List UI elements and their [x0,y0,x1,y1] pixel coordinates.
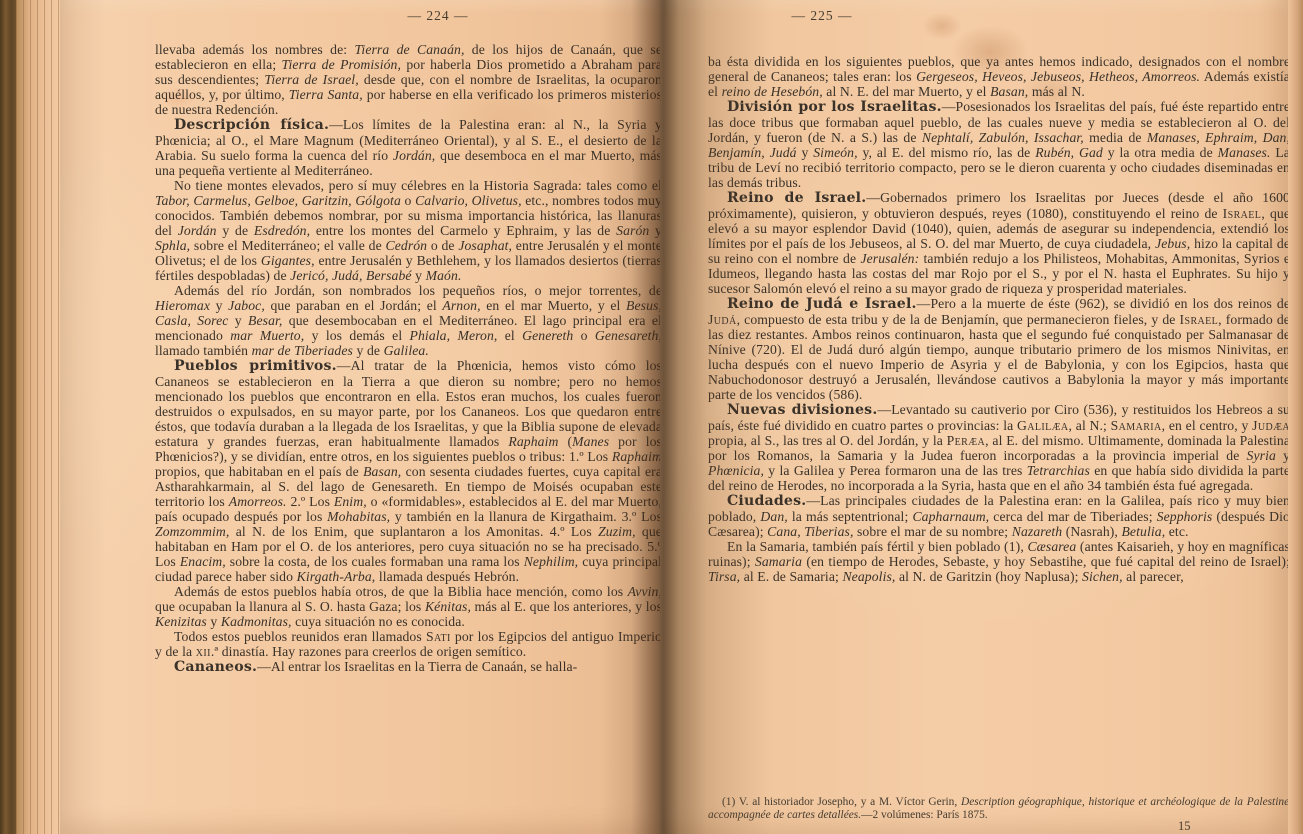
text-run: más al N. [1028,84,1085,99]
text-run: Gergeseos, Heveos, Jebuseos, Hetheos, Am… [916,69,1200,84]
text-run: llamada después Hebrón. [375,569,519,584]
text-run: Tetrarchias [1027,463,1090,478]
text-run: —2 volúmenes: París 1875. [861,809,988,821]
text-run: Cæsarea [1027,539,1076,554]
text-run: , al N.; [1069,418,1111,433]
text-run: Josaphat, [458,238,512,253]
text-run: Manases. [1218,145,1271,160]
text-run: y la otra media de [1103,145,1218,160]
text-run: la más septentrional; [788,509,913,524]
paragraph: ba ésta dividida en los siguientes puebl… [708,54,1290,99]
text-run: Jaboc, [228,298,265,313]
text-run: Nephilim, [524,554,579,569]
page-225-text: ba ésta dividida en los siguientes puebl… [708,54,1290,584]
page-225: — 225 — ba ésta dividida en los siguient… [660,0,1288,834]
book-cover-edge [0,0,16,834]
text-run: o de [427,238,458,253]
text-run: cuya situación no es conocida. [292,614,465,629]
text-run: Kénitas, [425,599,471,614]
text-run: Sepphoris [1157,509,1213,524]
text-run: (1) V. al historiador Josepho, y a M. Ví… [722,796,961,808]
paragraph: Además de estos pueblos había otros, de … [155,584,662,629]
text-run: Jericó, Judá, Bersabé [290,268,411,283]
text-run: y [412,268,426,283]
text-run: Enacim, [180,554,226,569]
text-run: (Nasrah), [1062,524,1121,539]
text-run: Amorreos. [229,494,287,509]
text-run: Neapolis, [842,569,895,584]
text-run: Syria [1247,448,1276,463]
paragraph: Pueblos primitivos.—Al tratar de la Phœn… [155,358,662,584]
text-run: Tierra de Canaán, [354,42,464,57]
text-run: o [573,328,595,343]
text-run: Kadmonitas, [221,614,292,629]
text-run: Besar, [248,313,282,328]
text-run: reino de Hesebón, [722,84,823,99]
text-run: sobre el mar de su nombre; [853,524,1011,539]
text-run: Enim, [334,494,367,509]
paragraph: No tiene montes elevados, pero sí muy cé… [155,178,662,283]
text-run: .ª dinastía. Hay razones para creerlos d… [211,644,527,659]
text-run: propia, al S., las tres al O. del Jordán… [708,433,947,448]
text-run: Sichen, [1082,569,1123,584]
text-run: En la Samaria, también país fértil y bie… [727,539,1027,554]
text-run: Nazareth [1012,524,1062,539]
text-run: Jebus, [1155,236,1190,251]
text-run: Tabor, Carmelus, Gelboe, Garitzin, Gólgo… [155,193,401,208]
text-run: Cedrón [385,238,427,253]
text-run: o [401,193,415,208]
text-run: Todos estos pueblos reunidos eran llamad… [174,629,426,644]
text-run: más al E. que los anteriores, y los [471,599,662,614]
text-run: y la Galilea y Perea formaron una de las… [764,463,1027,478]
book-spread: — 224 — llevaba además los nombres de: T… [0,0,1303,834]
text-run: Phœnicia, [708,463,764,478]
paragraph: Reino de Israel.—Gobernados primero los … [708,190,1290,296]
text-run: Raphaim [508,434,558,449]
text-run: entre los montes del Carmelo y Ephraim, … [310,223,616,238]
text-run: Israel [1180,312,1219,327]
text-run: y [797,145,814,160]
text-run: Pueblos primitivos. [174,358,337,374]
text-run: Zuzim, [598,524,636,539]
text-run: Gigantes, [261,253,315,268]
text-run: Tierra de Israel, [264,72,358,87]
text-run: mar Muerto, [230,328,304,343]
text-run: Basan, [990,84,1028,99]
paragraph: Además del río Jordán, son nombrados los… [155,283,662,358]
text-run: Cana, Tiberias, [767,524,853,539]
text-run: que paraban en el Jordán; el [265,298,443,313]
text-run: y también en la llanura de Kirgathaim. 3… [390,509,662,524]
text-run: , en el centro, y [1162,418,1252,433]
text-run: Sati [426,629,451,644]
page-number-right: — 225 — [742,8,902,24]
text-run: Zomzommim, [155,524,229,539]
text-run: y [228,313,248,328]
paragraph: Todos estos pueblos reunidos eran llamad… [155,629,662,659]
text-run: Sphla, [155,238,190,253]
text-run: Basan, [363,464,401,479]
page-edge-right [1288,0,1303,834]
text-run: propios, que habitaban en el país de [155,464,363,479]
text-run: Sarón [616,223,649,238]
paragraph: En la Samaria, también país fértil y bie… [708,539,1290,584]
text-run: al N. de los Enim, que suplantaron a los… [229,524,598,539]
text-run: etc. [1165,524,1188,539]
text-run: xii [196,644,211,659]
text-run: en el mar Muerto, y el [481,298,626,313]
text-run: Kenizitas [155,614,207,629]
page-number-left: — 224 — [318,8,558,24]
text-run: Genereth [522,328,573,343]
text-run: Judæa [1252,418,1290,433]
text-run: Raphaim [612,449,662,464]
text-run: Reino de Judá e Israel. [727,296,917,312]
text-run: Kirgath-Arba, [297,569,376,584]
text-run: sobre el Mediterráneo; el valle de [190,238,385,253]
text-run: el [497,328,522,343]
text-run: Arnon, [442,298,480,313]
text-run: Avvin, [628,584,662,599]
text-run: media de [1084,130,1147,145]
text-run: Calvario, Olivetus, [415,193,522,208]
text-run: Tierra Santa, [289,87,363,102]
text-run: al N. de Garitzin (hoy Naplusa); [895,569,1082,584]
text-run: Rubén, Gad [1035,145,1103,160]
text-run: Esdredón, [254,223,310,238]
text-run: Genesareth, [595,328,662,343]
paragraph: llevaba además los nombres de: Tierra de… [155,42,662,117]
text-run: y, al E. del mismo río, las de [858,145,1036,160]
text-run: Capharnaum, [912,509,989,524]
text-run: Además de estos pueblos había otros, de … [174,584,628,599]
text-run: y los demás el [304,328,409,343]
text-run: Phiala, Meron, [410,328,498,343]
page-224: — 224 — llevaba además los nombres de: T… [60,0,660,834]
text-run: ( [558,434,572,449]
text-run: Maón. [426,268,462,283]
text-run: al parecer, [1123,569,1184,584]
page-224-text: llevaba además los nombres de: Tierra de… [155,42,662,675]
paragraph: Reino de Judá e Israel.—Pero a la muerte… [708,296,1290,402]
text-run: Jordán [178,223,217,238]
paragraph: Nuevas divisiones.—Levantado su cautiver… [708,402,1290,493]
text-run: —Pero a la muerte de éste (962), se divi… [917,296,1290,311]
text-run: Jerusalén: [860,251,919,266]
text-run: Cananeos. [174,659,257,675]
text-run: y [207,614,221,629]
text-run: Además del río Jordán, son nombrados los… [174,283,662,298]
text-run: Mohabitas, [327,509,390,524]
text-run: llamado también [155,343,252,358]
text-run: Peræa [947,433,986,448]
text-run: Simeón, [813,145,857,160]
text-run: No tiene montes elevados, pero sí muy cé… [174,178,662,193]
text-run: y de [353,343,384,358]
text-run: Betulia, [1121,524,1165,539]
text-run: Samaria [1111,418,1162,433]
text-run: que ocupaban la llanura al S. O. hasta G… [155,599,425,614]
text-run: Nephtalí, Zabulón, Issachar, [922,130,1084,145]
text-run: División por los Israelitas. [727,99,942,115]
text-run: mar de Tiberiades [252,343,353,358]
text-run: Israel [1223,206,1262,221]
paragraph: División por los Israelitas.—Posesionado… [708,99,1290,190]
text-run: Jordán, [393,148,435,163]
text-run: llevaba además los nombres de: [155,42,354,57]
text-run: Galilæa [1017,418,1069,433]
text-run: Judá [708,312,737,327]
text-run: Tirsa, [708,569,740,584]
paragraph: Cananeos.—Al entrar los Israelitas en la… [155,659,662,675]
text-run: Galilea. [384,343,429,358]
text-run: , compuesto de esta tribu y de la de Ben… [737,312,1180,327]
text-run: cerca del mar de Tiberiades; [989,509,1156,524]
text-run: Manes [572,434,609,449]
text-run: Reino de Israel. [727,190,866,206]
paragraph: Descripción física.—Los límites de la Pa… [155,117,662,178]
text-run: sobre la costa, de los cuales formaban u… [226,554,524,569]
text-run: Dan, [760,509,787,524]
paragraph: (1) V. al historiador Josepho, y a M. Ví… [708,796,1292,822]
page-stack-edges [16,0,60,834]
text-run: —Al entrar los Israelitas en la Tierra d… [257,659,577,674]
signature-mark: 15 [1178,819,1191,834]
footnote: (1) V. al historiador Josepho, y a M. Ví… [708,796,1292,822]
text-run: y [210,298,228,313]
text-run: al E. de Samaria; [740,569,842,584]
text-run: Descripción física. [174,117,329,133]
text-run: Ciudades. [727,493,806,509]
text-run: 2.º Los [287,494,334,509]
paragraph: Ciudades.—Las principales ciudades de la… [708,493,1290,539]
text-run: y de [217,223,254,238]
text-run: Hieromax [155,298,210,313]
text-run: Samaria [755,554,802,569]
text-run: Nuevas divisiones. [727,402,877,418]
text-run: (en tiempo de Herodes, Sebaste, y hoy Se… [802,554,1290,569]
text-run: al N. E. del mar Muerto, y el [823,84,990,99]
text-run: Tierra de Promisión, [282,57,401,72]
